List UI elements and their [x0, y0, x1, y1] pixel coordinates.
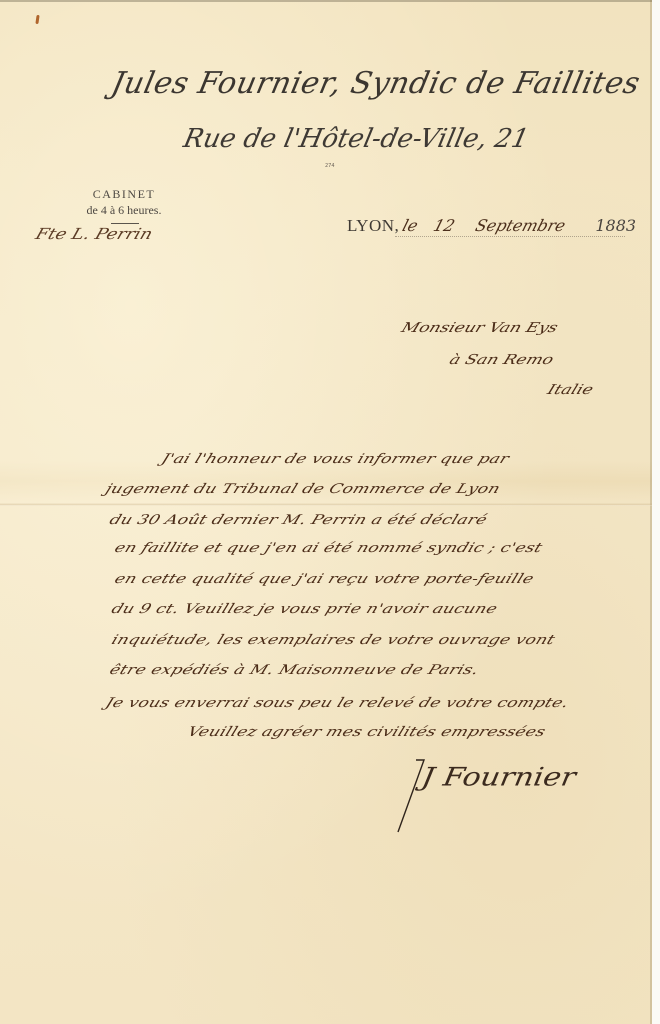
body-line-7: inquiétude, les exemplaires de votre ouv… — [109, 632, 557, 648]
body-line-2: jugement du Tribunal de Commerce de Lyon — [103, 481, 502, 497]
body-line-3: du 30 Août dernier M. Perrin a été décla… — [107, 512, 489, 528]
cabinet-hours: de 4 à 6 heures. — [62, 203, 186, 218]
case-reference-note: Fte L. Perrin — [33, 226, 155, 244]
letterhead-print-mark: 274 — [325, 163, 335, 169]
recipient-line-2: à San Remo — [447, 352, 556, 368]
date-month: Septembre — [473, 216, 568, 235]
date-dotted-rule — [395, 236, 625, 237]
cabinet-rule — [111, 223, 139, 224]
scan-edge — [652, 0, 660, 1024]
letter-sheet: Jules Fournier, Syndic de Faillites Rue … — [0, 0, 652, 1024]
signature: J Fournier — [396, 756, 566, 836]
body-line-10-closing: Veuillez agréer mes civilités empressées — [185, 724, 548, 740]
body-line-1: J'ai l'honneur de vous informer que par — [159, 451, 511, 467]
date-le: le — [401, 216, 421, 235]
body-line-6: du 9 ct. Veuillez je vous prie n'avoir a… — [109, 601, 499, 617]
date-city: LYON, — [347, 216, 399, 235]
body-line-8: être expédiés à M. Maisonneuve de Paris. — [107, 662, 481, 678]
recipient-line-3: Italie — [545, 382, 595, 398]
date-day: 12 — [431, 216, 457, 235]
dateline: LYON, le 12 Septembre 1883 — [347, 216, 627, 236]
body-line-9: Je vous enverrai sous peu le relevé de v… — [103, 695, 571, 711]
paper-fold-crease — [0, 503, 652, 506]
letterhead-name: Jules Fournier, Syndic de Faillites — [108, 66, 595, 101]
cabinet-title: CABINET — [62, 187, 186, 202]
date-year: 1883 — [595, 216, 636, 235]
ink-spot — [35, 15, 39, 24]
cabinet-hours-block: CABINET de 4 à 6 heures. — [62, 187, 186, 218]
letterhead-address: Rue de l'Hôtel-de-Ville, 21 — [181, 124, 532, 154]
recipient-line-1: Monsieur Van Eys — [399, 320, 560, 336]
body-line-5: en cette qualité que j'ai reçu votre por… — [112, 571, 536, 587]
signature-text: J Fournier — [419, 763, 578, 793]
body-line-4: en faillite et que j'en ai été nommé syn… — [112, 540, 544, 556]
